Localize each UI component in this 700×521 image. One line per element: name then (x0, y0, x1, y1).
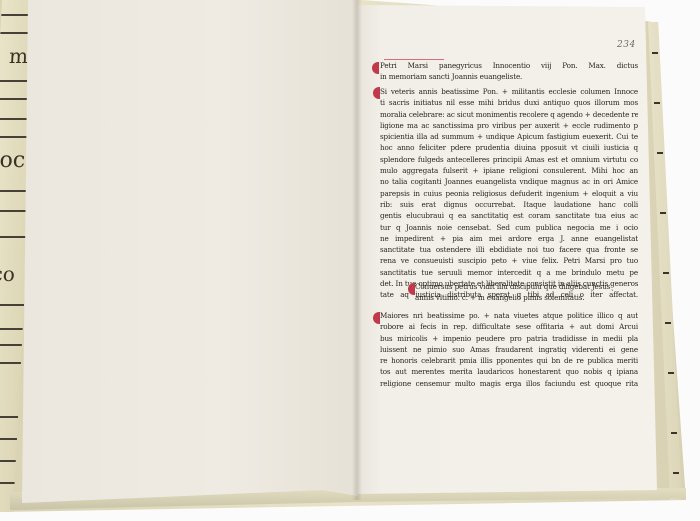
heading-1: Petri Marsi panegyricus Innocentio viij … (380, 60, 638, 83)
manuscript-fragment: oc (0, 148, 26, 173)
staff-line (0, 344, 22, 346)
manuscript-fragment: co (0, 262, 16, 286)
staff-line (0, 482, 15, 484)
book-gutter (352, 0, 362, 500)
heading-2: Conuersus petrus vidit illu discipulu qu… (415, 281, 613, 304)
rubric-initial-mark (373, 87, 380, 99)
staff-line (0, 416, 18, 418)
staff-line (0, 190, 30, 192)
staff-line (0, 236, 28, 238)
staff-line (0, 210, 29, 212)
staff-line (0, 460, 16, 462)
folio-number: 234 (617, 40, 636, 50)
rubric-initial-mark (408, 283, 415, 295)
rubric-initial-mark (372, 62, 379, 74)
staff-line (0, 438, 17, 440)
photo-scene: m1 oc co 234 Petri Marsi pan (0, 0, 700, 521)
paragraph-2: Maiores nri beatissime po. + nata viuete… (380, 310, 638, 389)
left-page-blank (22, 0, 358, 503)
staff-line (0, 362, 21, 364)
staff-line (0, 328, 23, 330)
staff-line (0, 304, 24, 306)
rubric-initial-mark (373, 312, 380, 324)
paragraph-1: Si veteris annis beatissime Pon. + milit… (380, 86, 638, 301)
